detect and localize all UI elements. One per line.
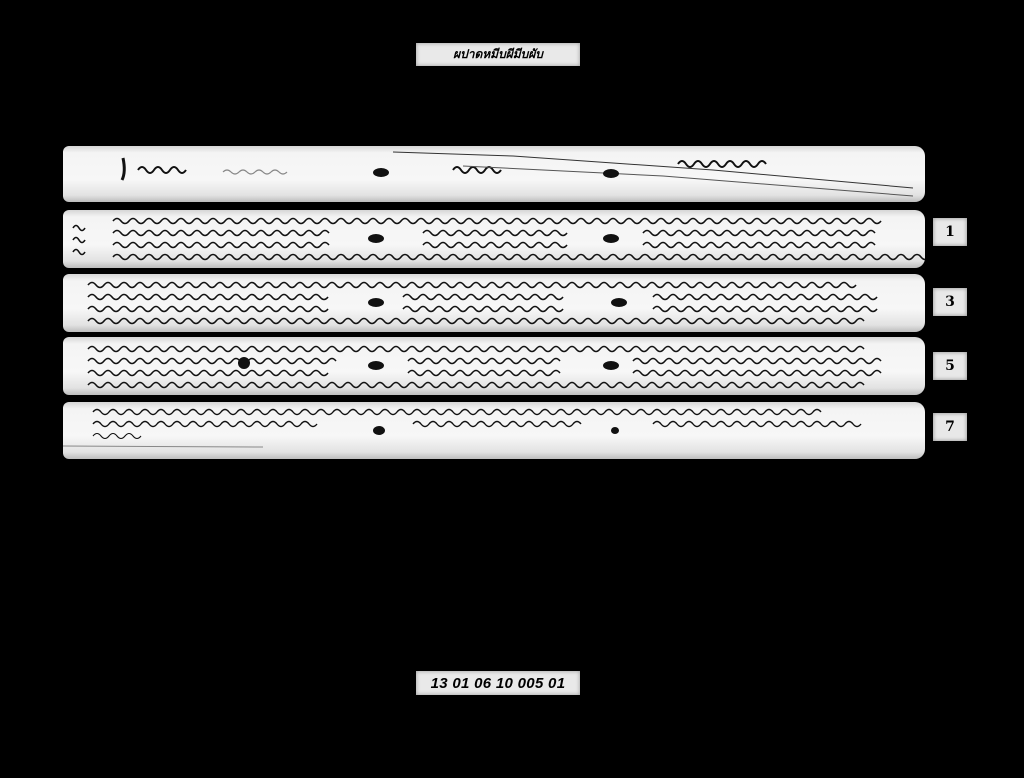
binding-hole (603, 361, 619, 370)
leaf-number-tag: 7 (933, 413, 967, 441)
leaf-number: 3 (945, 294, 955, 310)
binding-hole (368, 298, 384, 307)
leaf-7-script (63, 402, 925, 459)
leaf-5 (63, 337, 925, 395)
leaf-1-script (63, 210, 925, 268)
binding-hole (373, 426, 385, 435)
leaf-number-tag: 5 (933, 352, 967, 380)
binding-hole (373, 168, 389, 177)
leaf-number: 7 (945, 419, 955, 435)
leaf-number-tag: 3 (933, 288, 967, 316)
leaf-7 (63, 402, 925, 459)
binding-hole (603, 234, 619, 243)
catalog-number-label: 13 01 06 10 005 01 (416, 671, 580, 695)
manuscript-title: ผปาดหมีบผีมีบผับ (453, 45, 543, 64)
leaf-3-script (63, 274, 925, 332)
cover-leaf (63, 146, 925, 202)
binding-hole (238, 357, 250, 369)
leaf-1 (63, 210, 925, 268)
binding-hole (368, 361, 384, 370)
binding-hole (611, 427, 619, 434)
leaf-3 (63, 274, 925, 332)
leaf-number: 1 (945, 224, 955, 240)
leaf-number: 5 (945, 358, 955, 374)
leaf-5-script (63, 337, 925, 395)
cover-inscriptions (63, 146, 925, 202)
binding-hole (368, 234, 384, 243)
manuscript-title-label: ผปาดหมีบผีมีบผับ (416, 43, 580, 66)
binding-hole (611, 298, 627, 307)
catalog-number: 13 01 06 10 005 01 (431, 675, 566, 692)
leaf-number-tag: 1 (933, 218, 967, 246)
binding-hole (603, 169, 619, 178)
